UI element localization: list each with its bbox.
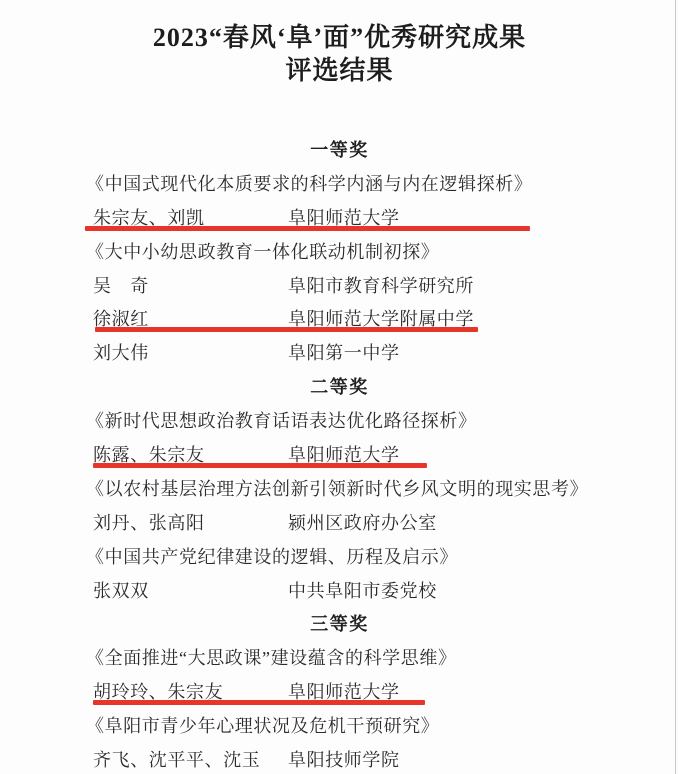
paper-title: 《以农村基层治理方法创新引领新时代乡风文明的现实思考》 xyxy=(0,471,679,505)
paper-title: 《中国式现代化本质要求的科学内涵与内在逻辑探析》 xyxy=(0,166,679,200)
awardee-names: 齐飞、沈平平、沈玉 xyxy=(93,746,288,772)
awardee-row: 张双双 中共阜阳市委党校 xyxy=(0,573,679,607)
awardee-row: 朱宗友、刘凯 阜阳师范大学 xyxy=(0,200,679,234)
page-title-line-1: 2023“春风‘阜’面”优秀研究成果 xyxy=(0,21,679,54)
awardee-institution: 阜阳市教育科学研究所 xyxy=(288,272,474,298)
red-underline-mark xyxy=(85,226,530,231)
awardee-names: 刘丹、张高阳 xyxy=(93,509,288,535)
awardee-row: 徐淑红 阜阳师范大学附属中学 xyxy=(0,301,679,335)
awardee-row: 陈露、朱宗友 阜阳师范大学 xyxy=(0,437,679,471)
scan-edge-line xyxy=(675,0,677,774)
paper-title: 《大中小幼思政教育一体化联动机制初探》 xyxy=(0,234,679,268)
section-heading-second-prize: 二等奖 xyxy=(0,369,679,403)
red-underline-mark xyxy=(95,327,478,332)
awardee-institution: 中共阜阳市委党校 xyxy=(288,577,437,603)
paper-title: 《中国共产党纪律建设的逻辑、历程及启示》 xyxy=(0,539,679,573)
awardee-institution: 阜阳第一中学 xyxy=(288,339,400,365)
awardee-institution: 阜阳技师学院 xyxy=(288,746,400,772)
scanned-document-page: 2023“春风‘阜’面”优秀研究成果 评选结果 一等奖 《中国式现代化本质要求的… xyxy=(0,0,679,774)
awardee-row: 齐飞、沈平平、沈玉 阜阳技师学院 xyxy=(0,742,679,774)
document-title: 2023“春风‘阜’面”优秀研究成果 评选结果 xyxy=(0,21,679,87)
awardee-row: 刘大伟 阜阳第一中学 xyxy=(0,335,679,369)
awardee-institution: 颍州区政府办公室 xyxy=(288,509,437,535)
awardee-row: 吴 奇 阜阳市教育科学研究所 xyxy=(0,268,679,302)
awardee-row: 刘丹、张高阳 颍州区政府办公室 xyxy=(0,505,679,539)
red-underline-mark xyxy=(93,463,427,468)
section-heading-first-prize: 一等奖 xyxy=(0,132,679,166)
awardee-names: 吴 奇 xyxy=(93,272,288,298)
awardee-names: 刘大伟 xyxy=(93,339,288,365)
document-body: 一等奖 《中国式现代化本质要求的科学内涵与内在逻辑探析》 朱宗友、刘凯 阜阳师范… xyxy=(0,132,679,774)
awardee-row: 胡玲玲、朱宗友 阜阳师范大学 xyxy=(0,674,679,708)
paper-title: 《新时代思想政治教育话语表达优化路径探析》 xyxy=(0,403,679,437)
red-underline-mark xyxy=(93,700,425,705)
page-title-line-2: 评选结果 xyxy=(0,54,679,87)
paper-title: 《阜阳市青少年心理状况及危机干预研究》 xyxy=(0,708,679,742)
section-heading-third-prize: 三等奖 xyxy=(0,606,679,640)
paper-title: 《全面推进“大思政课”建设蕴含的科学思维》 xyxy=(0,640,679,674)
awardee-names: 张双双 xyxy=(93,577,288,603)
